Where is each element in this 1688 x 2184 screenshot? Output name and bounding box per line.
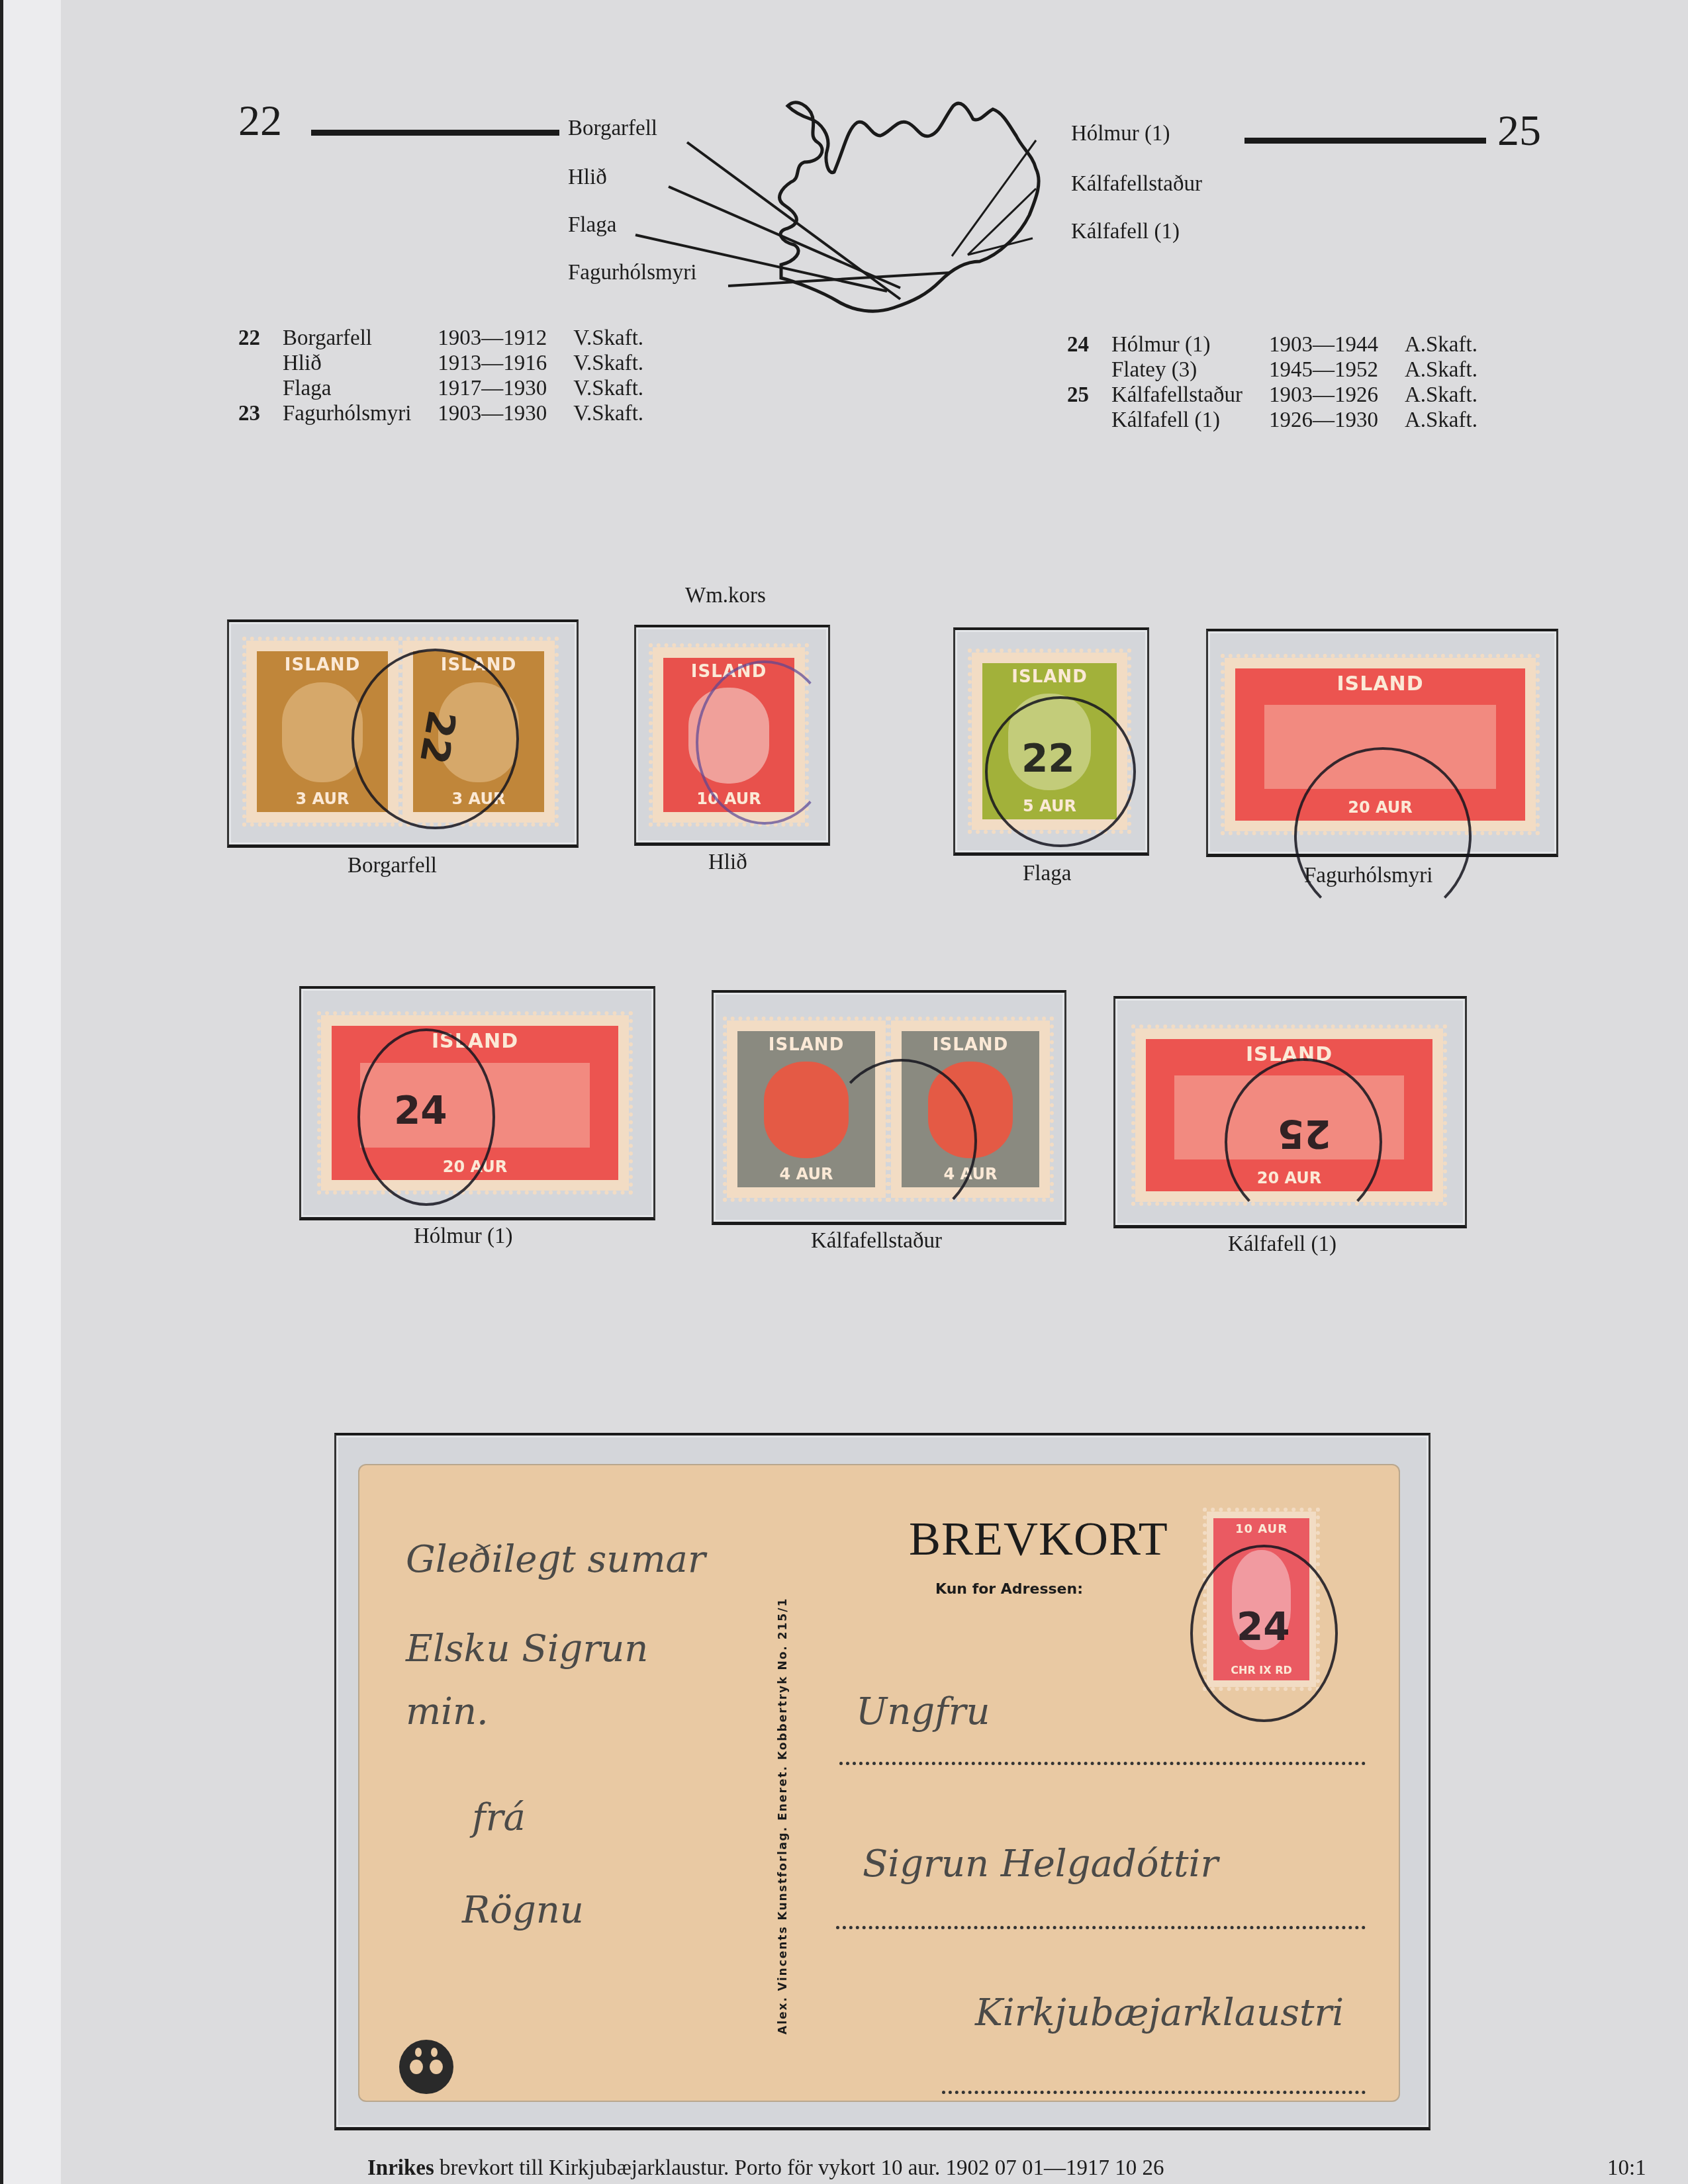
- stamp-mount-holmur: ISLAND 20 AUR 24: [299, 986, 655, 1220]
- locations-table-left: 22Borgarfell1903—1912V.Skaft. Hlið1913—1…: [238, 326, 651, 426]
- caption-kalfafellstadur: Kálfafellstaður: [811, 1229, 942, 1253]
- table-row: Kálfafell (1)1926—1930A.Skaft.: [1067, 408, 1485, 433]
- address-rule: [942, 2091, 1366, 2094]
- caption-borgarfell: Borgarfell: [348, 854, 437, 878]
- page-number: 10:1: [1607, 2156, 1646, 2181]
- watermark-note: Wm.kors: [685, 584, 766, 608]
- table-row: 25Kálfafellstaður1903—1926A.Skaft.: [1067, 383, 1485, 408]
- caption-flaga: Flaga: [1023, 862, 1071, 886]
- message-line: Gleðilegt sumar: [406, 1538, 706, 1581]
- message-line: min.: [406, 1690, 489, 1733]
- cancel-number: 22: [1021, 736, 1075, 781]
- caption-hlid: Hlið: [708, 850, 747, 875]
- publisher-imprint: Alex. Vincents Kunstforlag. Eneret. Kobb…: [776, 1598, 790, 2034]
- table-row: 23Fagurhólsmyri1903—1930V.Skaft.: [238, 401, 651, 426]
- address-line: Sigrun Helgadóttir: [863, 1843, 1218, 1886]
- address-line: Kirkjubæjarklaustri: [975, 1991, 1344, 2034]
- address-rule: [839, 1762, 1366, 1765]
- table-row: 22Borgarfell1903—1912V.Skaft.: [238, 326, 651, 351]
- stamp-mount-borgarfell: ISLAND 3 AUR ISLAND 3 AUR 22: [227, 619, 579, 848]
- stamp-mount-fagurholsmyri: ISLAND 20 AUR: [1206, 629, 1558, 857]
- address-line: Ungfru: [856, 1690, 990, 1733]
- stamp-mount-kalfafell: ISLAND 20 AUR 25: [1113, 996, 1467, 1228]
- postcard-title: BREVKORT: [909, 1512, 1168, 1567]
- footer-lead: Inrikes: [367, 2156, 434, 2180]
- caption-holmur: Hólmur (1): [414, 1224, 512, 1249]
- portrait-icon: [282, 682, 363, 782]
- table-row: 24Hólmur (1)1903—1944A.Skaft.: [1067, 332, 1485, 357]
- footer-text: brevkort till Kirkjubæjarklaustur. Porto…: [434, 2156, 1164, 2180]
- caption-kalfafell: Kálfafell (1): [1228, 1232, 1336, 1257]
- postmark-cancel: [826, 1059, 977, 1223]
- publisher-emblem-icon: [399, 2040, 453, 2094]
- table-row: Hlið1913—1916V.Skaft.: [238, 351, 651, 376]
- iceland-map-icon: [0, 0, 1688, 344]
- cancel-number: 24: [1237, 1604, 1290, 1649]
- table-row: Flaga1917—1930V.Skaft.: [238, 376, 651, 401]
- address-rule: [836, 1926, 1366, 1929]
- postcard: BREVKORT Kun for Adressen: 10 AUR CHR IX…: [359, 1465, 1399, 2101]
- locations-table-right: 24Hólmur (1)1903—1944A.Skaft. Flatey (3)…: [1067, 332, 1485, 433]
- message-line: frá: [472, 1796, 526, 1839]
- cancel-number: 22: [411, 707, 465, 767]
- cancel-number: 25: [1278, 1111, 1331, 1156]
- cancel-number: 24: [394, 1088, 447, 1133]
- stamp-mount-hlid: ISLAND 10 AUR: [634, 625, 830, 846]
- caption-fagurholsmyri: Fagurhólsmyri: [1304, 864, 1432, 888]
- page-footer-caption: Inrikes brevkort till Kirkjubæjarklaustu…: [367, 2156, 1164, 2181]
- postcard-subtitle: Kun for Adressen:: [935, 1581, 1083, 1598]
- postmark-cancel: [1294, 747, 1472, 925]
- message-line: Elsku Sigrun: [406, 1627, 648, 1670]
- stamp-mount-kalfafellstadur: ISLAND 4 AUR ISLAND 4 AUR: [712, 990, 1066, 1225]
- postmark-cancel: [696, 660, 833, 825]
- stamp-mount-flaga: ISLAND 5 AUR 22: [953, 627, 1149, 856]
- table-row: Flatey (3)1945—1952A.Skaft.: [1067, 357, 1485, 383]
- message-line: Rögnu: [462, 1889, 584, 1932]
- postcard-mount: BREVKORT Kun for Adressen: 10 AUR CHR IX…: [334, 1433, 1430, 2130]
